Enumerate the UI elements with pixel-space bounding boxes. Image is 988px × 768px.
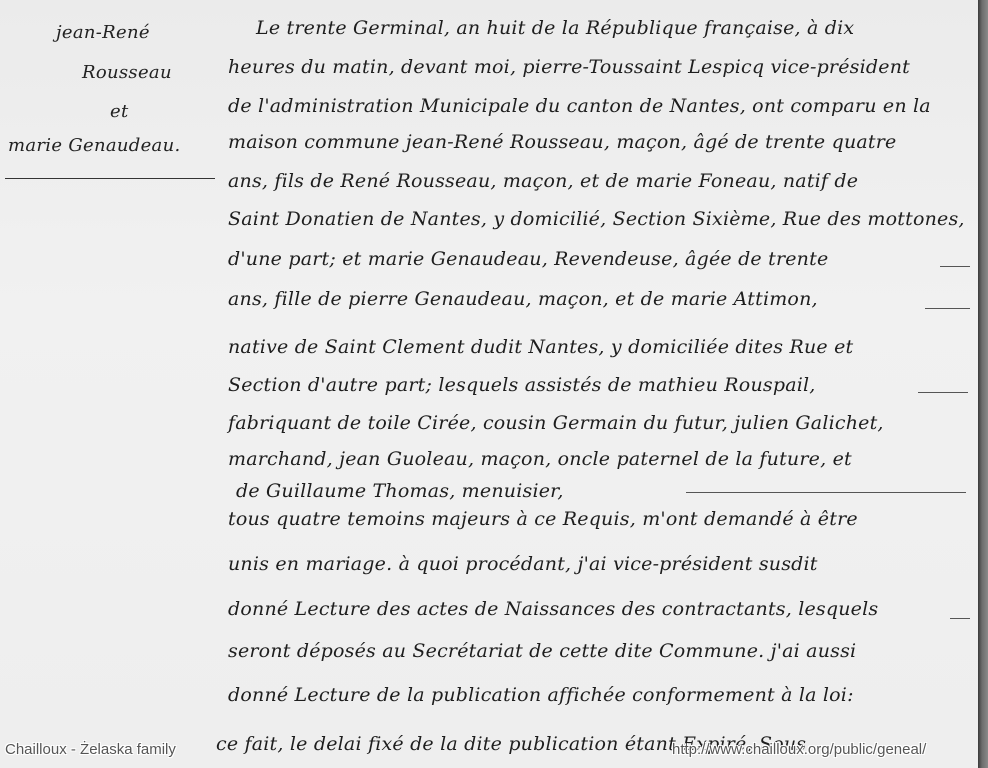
margin-note-line-3: et [110,101,129,122]
line-filler [950,618,970,619]
body-line: marchand, jean Guoleau, maçon, oncle pat… [228,448,852,470]
document-page: jean-René Rousseau et marie Genaudeau. L… [0,0,978,768]
body-line: native de Saint Clement dudit Nantes, y … [228,336,853,358]
body-line: tous quatre temoins majeurs à ce Requis,… [228,508,858,530]
body-line: heures du matin, devant moi, pierre-Tous… [228,56,910,78]
body-line: de Guillaume Thomas, menuisier, [236,480,564,502]
body-line: d'une part; et marie Genaudeau, Revendeu… [228,248,828,270]
margin-note-line-1: jean-René [56,22,150,43]
watermark-family: Chailloux - Żelaska family [5,741,176,758]
body-line: maison commune jean-René Rousseau, maçon… [228,131,896,153]
body-line: unis en mariage. à quoi procédant, j'ai … [228,553,818,575]
watermark-url[interactable]: http://www.chailloux.org/public/geneal/ [672,741,926,758]
body-line: Saint Donatien de Nantes, y domicilié, S… [228,208,965,230]
line-filler [686,492,966,493]
page-binding-edge [978,0,988,768]
line-filler [925,308,970,309]
body-line: seront déposés au Secrétariat de cette d… [228,640,856,662]
body-line: de l'administration Municipale du canton… [228,95,931,117]
body-line: ans, fils de René Rousseau, maçon, et de… [228,170,858,192]
margin-note-line-2: Rousseau [82,62,172,83]
body-line: Le trente Germinal, an huit de la Républ… [256,17,854,39]
margin-note-line-4: marie Genaudeau. [8,135,181,156]
body-line: fabriquant de toile Cirée, cousin Germai… [228,412,884,434]
body-line: donné Lecture des actes de Naissances de… [228,598,878,620]
line-filler [918,392,968,393]
body-line: ans, fille de pierre Genaudeau, maçon, e… [228,288,818,310]
body-line: Section d'autre part; lesquels assistés … [228,374,816,396]
body-line: donné Lecture de la publication affichée… [228,684,854,706]
line-filler [940,266,970,267]
margin-divider [5,178,215,179]
